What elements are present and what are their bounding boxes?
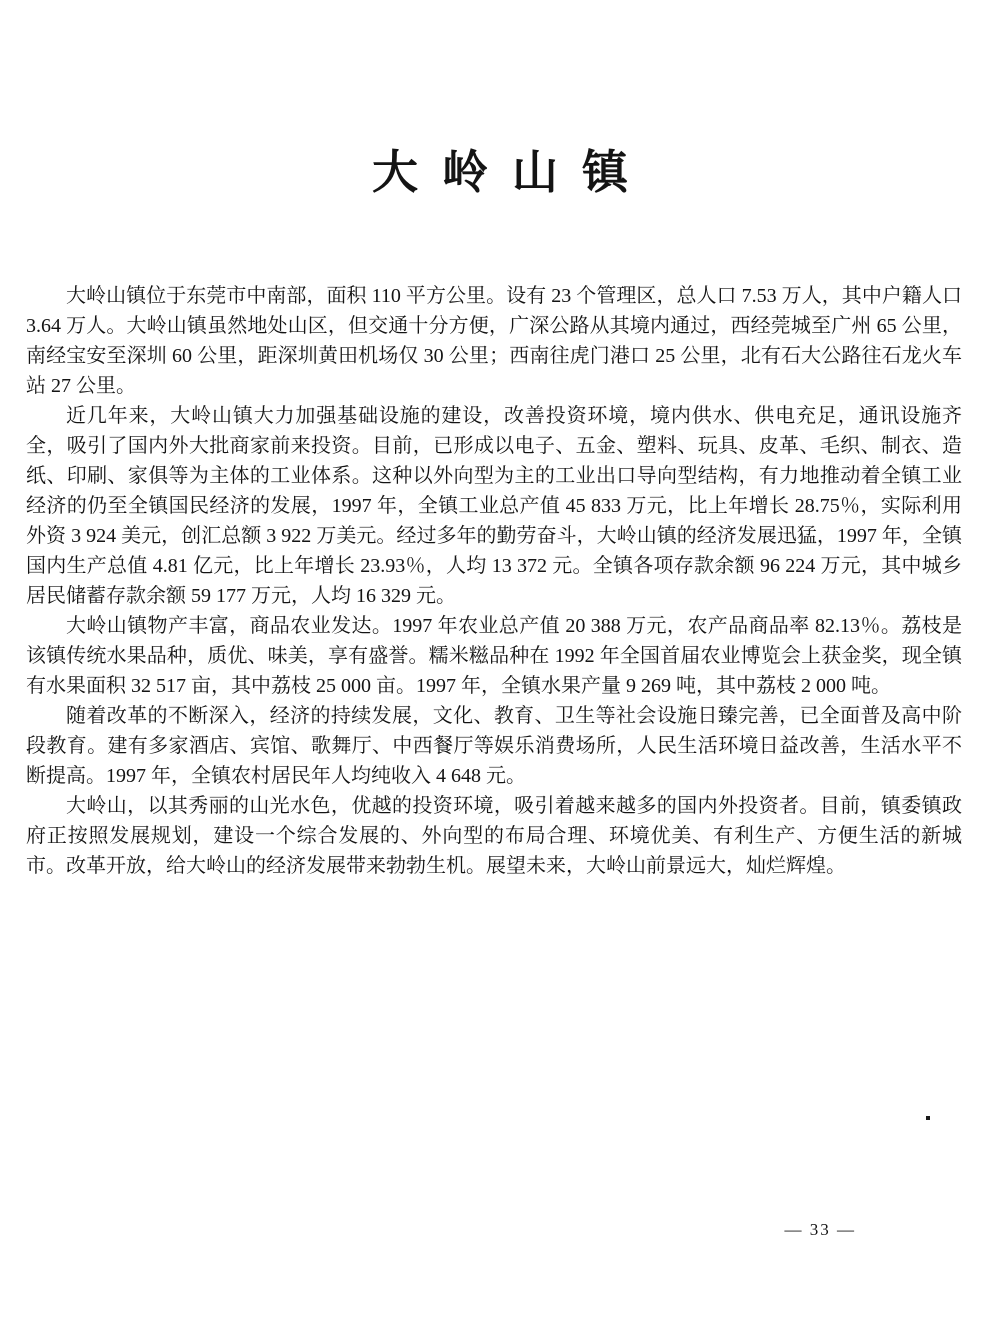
paragraph-social-development: 随着改革的不断深入，经济的持续发展，文化、教育、卫生等社会设施日臻完善，已全面普… bbox=[26, 701, 962, 791]
document-body: 大岭山镇位于东莞市中南部，面积 110 平方公里。设有 23 个管理区，总人口 … bbox=[26, 281, 962, 881]
paragraph-industry-economy: 近几年来，大岭山镇大力加强基础设施的建设，改善投资环境，境内供水、供电充足，通讯… bbox=[26, 401, 962, 611]
paragraph-agriculture: 大岭山镇物产丰富，商品农业发达。1997 年农业总产值 20 388 万元，农产… bbox=[26, 611, 962, 701]
paragraph-outlook: 大岭山，以其秀丽的山光水色，优越的投资环境，吸引着越来越多的国内外投资者。目前，… bbox=[26, 791, 962, 881]
page-title: 大岭山镇 bbox=[0, 136, 1000, 202]
page-number: — 33 — bbox=[785, 1220, 857, 1240]
scan-speck-artifact bbox=[926, 1116, 930, 1120]
scanned-document-page: 大岭山镇 大岭山镇位于东莞市中南部，面积 110 平方公里。设有 23 个管理区… bbox=[0, 0, 1000, 1317]
paragraph-location-overview: 大岭山镇位于东莞市中南部，面积 110 平方公里。设有 23 个管理区，总人口 … bbox=[26, 281, 962, 401]
